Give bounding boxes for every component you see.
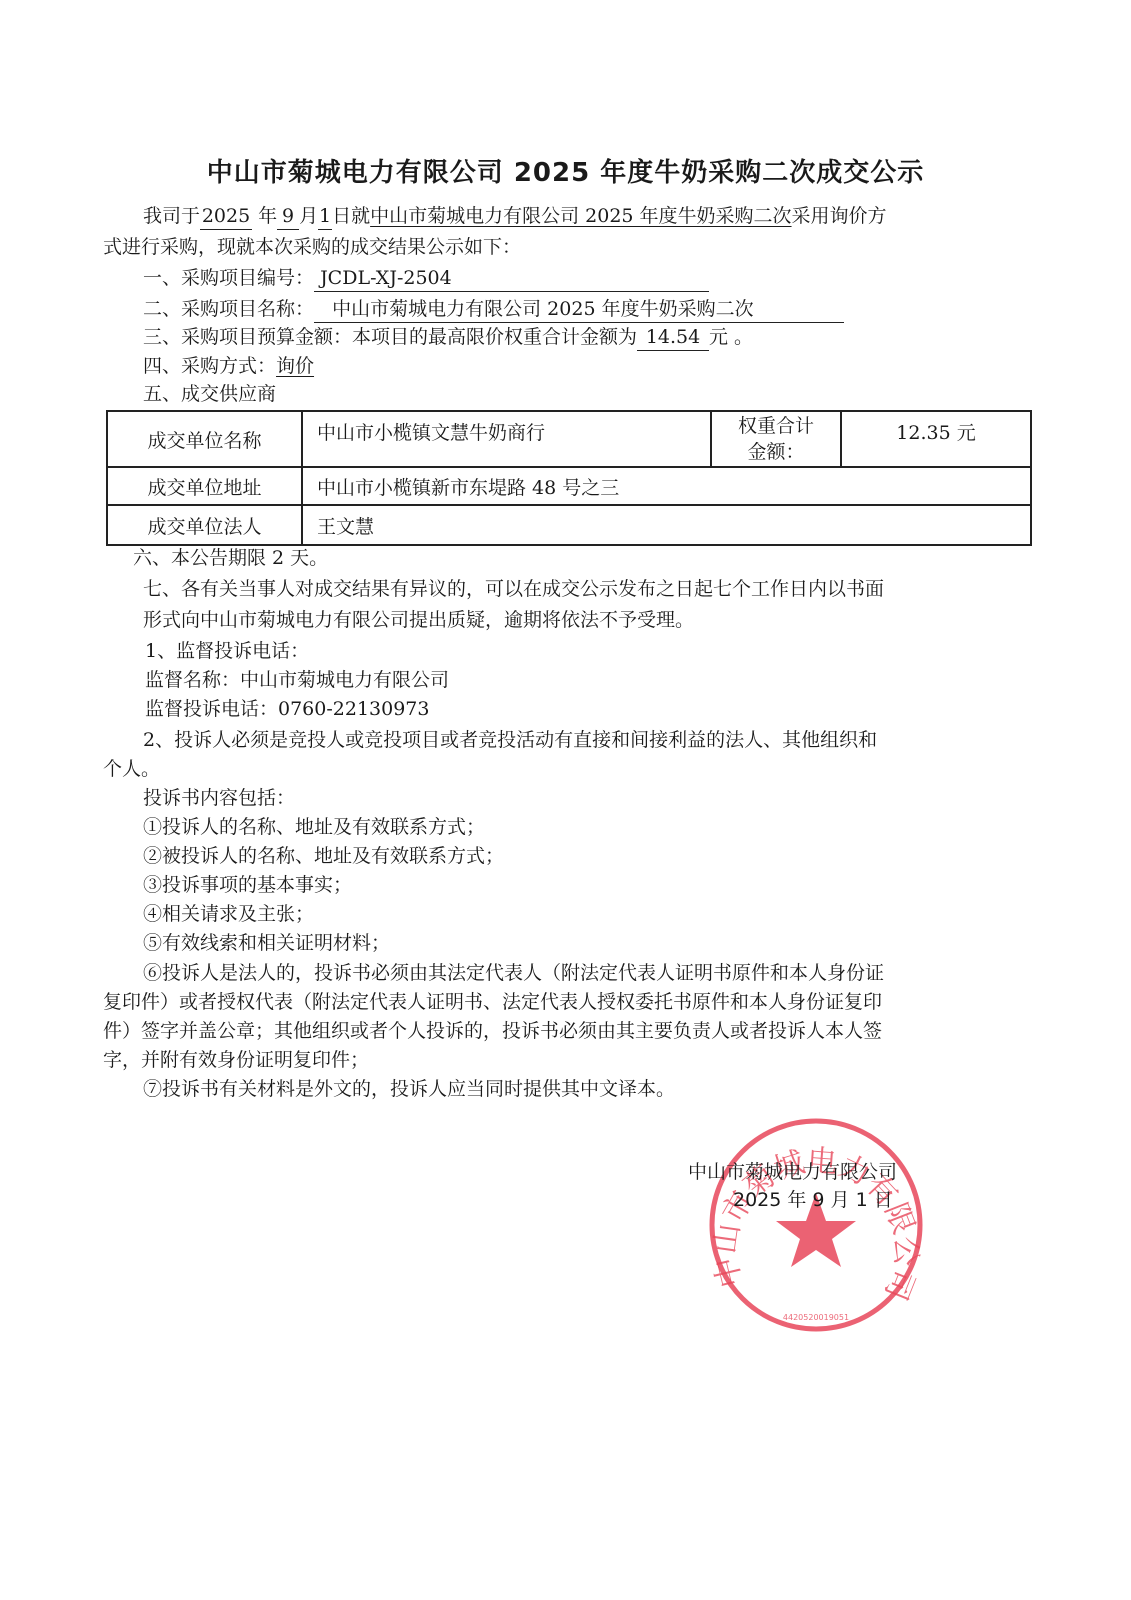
amount-label-line2: 金额： — [726, 439, 826, 465]
complaint-item-1: ①投诉人的名称、地址及有效联系方式； — [143, 812, 485, 842]
signature-company: 中山市菊城电力有限公司 — [688, 1157, 897, 1184]
complaint-item-6-line-4: 字，并附有效身份证明复印件； — [103, 1045, 369, 1075]
item1-label: 一、采购项目编号： — [143, 267, 314, 289]
complaint-line-1: 2、投诉人必须是竞投人或竞投项目或者竞投活动有直接和间接利益的法人、其他组织和 — [143, 725, 877, 755]
complaint-content-heading: 投诉书内容包括： — [143, 783, 295, 813]
complaint-item-3: ③投诉事项的基本事实； — [143, 870, 352, 900]
cell-label: 成交单位法人 — [107, 505, 302, 545]
item-method: 四、采购方式：询价 — [143, 351, 314, 381]
item3-suffix: 元 。 — [709, 326, 753, 348]
intro-tail: 采用询价方 — [792, 205, 887, 227]
item4-label: 四、采购方式： — [143, 355, 276, 377]
signature-date: 2025 年 9 月 1 日 — [733, 1185, 893, 1212]
svg-text:4420520019051: 4420520019051 — [783, 1313, 849, 1322]
item-objection-line-1: 七、各有关当事人对成交结果有异议的，可以在成交公示发布之日起七个工作日内以书面 — [143, 574, 884, 604]
supplier-table: 成交单位名称 中山市小榄镇文慧牛奶商行 权重合计 金额： 12.35 元 成交单… — [106, 410, 1032, 546]
company-seal-icon: 中山市菊城电力有限公司 4420520019051 — [706, 1115, 926, 1335]
complaint-item-6-line-3: 件）签字并盖公章；其他组织或者个人投诉的，投诉书必须由其主要负责人或者投诉人本人… — [103, 1016, 882, 1046]
table-row: 成交单位地址 中山市小榄镇新市东堤路 48 号之三 — [107, 467, 1031, 505]
item2-value: 中山市菊城电力有限公司 2025 年度牛奶采购二次 — [314, 296, 844, 323]
intro-year: 2025 — [200, 203, 252, 230]
complaint-item-7: ⑦投诉书有关材料是外文的，投诉人应当同时提供其中文译本。 — [143, 1074, 675, 1104]
intro-day: 1 — [318, 203, 332, 230]
cell-amount-value: 12.35 元 — [841, 411, 1031, 467]
project-number-text: JCDL-XJ-2504 — [320, 267, 452, 289]
intro-prefix: 我司于 — [143, 205, 200, 227]
item2-label: 二、采购项目名称： — [143, 298, 314, 320]
cell-amount-label: 权重合计 金额： — [711, 411, 841, 467]
complaint-line-2: 个人。 — [103, 754, 160, 784]
supervision-phone: 监督投诉电话：0760-22130973 — [145, 694, 429, 724]
intro-project-name: 中山市菊城电力有限公司 2025 年度牛奶采购二次 — [370, 205, 791, 227]
procurement-method: 询价 — [276, 355, 314, 377]
table-row: 成交单位名称 中山市小榄镇文慧牛奶商行 权重合计 金额： 12.35 元 — [107, 411, 1031, 467]
complaint-item-2: ②被投诉人的名称、地址及有效联系方式； — [143, 841, 504, 871]
item3-label: 三、采购项目预算金额：本项目的最高限价权重合计金额为 — [143, 326, 637, 348]
item-supplier-heading: 五、成交供应商 — [143, 379, 276, 409]
item1-value: JCDL-XJ-2504 — [314, 265, 709, 292]
intro-month-suffix: 月 — [299, 205, 318, 227]
table-row: 成交单位法人 王文慧 — [107, 505, 1031, 545]
cell-legal-person: 王文慧 — [302, 505, 1031, 545]
cell-label: 成交单位地址 — [107, 467, 302, 505]
intro-day-suffix: 日就 — [332, 205, 370, 227]
item-project-name: 二、采购项目名称： 中山市菊城电力有限公司 2025 年度牛奶采购二次 — [143, 294, 844, 324]
budget-amount: 14.54 — [637, 324, 709, 351]
intro-line-1: 我司于2025 年9月1日就中山市菊城电力有限公司 2025 年度牛奶采购二次采… — [143, 201, 887, 231]
intro-year-suffix: 年 — [258, 205, 277, 227]
complaint-item-5: ⑤有效线索和相关证明材料； — [143, 928, 390, 958]
item-budget: 三、采购项目预算金额：本项目的最高限价权重合计金额为14.54元 。 — [143, 322, 753, 352]
complaint-item-6-line-1: ⑥投诉人是法人的，投诉书必须由其法定代表人（附法定代表人证明书原件和本人身份证 — [143, 958, 884, 988]
item-project-number: 一、采购项目编号： JCDL-XJ-2504 — [143, 263, 709, 293]
project-name-text: 中山市菊城电力有限公司 2025 年度牛奶采购二次 — [332, 298, 753, 320]
cell-supplier-name: 中山市小榄镇文慧牛奶商行 — [302, 411, 711, 467]
item-objection-line-2: 形式向中山市菊城电力有限公司提出质疑，逾期将依法不予受理。 — [143, 605, 694, 635]
intro-line-2: 式进行采购，现就本次采购的成交结果公示如下： — [103, 232, 521, 262]
cell-label: 成交单位名称 — [107, 411, 302, 467]
supervision-name: 监督名称：中山市菊城电力有限公司 — [145, 665, 449, 695]
cell-supplier-address: 中山市小榄镇新市东堤路 48 号之三 — [302, 467, 1031, 505]
complaint-item-4: ④相关请求及主张； — [143, 899, 314, 929]
intro-month: 9 — [277, 203, 299, 230]
supervision-heading: 1、监督投诉电话： — [145, 636, 309, 666]
page-title: 中山市菊城电力有限公司 2025 年度牛奶采购二次成交公示 — [0, 152, 1131, 189]
complaint-item-6-line-2: 复印件）或者授权代表（附法定代表人证明书、法定代表人授权委托书原件和本人身份证复… — [103, 987, 882, 1017]
item-period: 六、本公告期限 2 天。 — [133, 543, 328, 573]
amount-label-line1: 权重合计 — [726, 413, 826, 439]
